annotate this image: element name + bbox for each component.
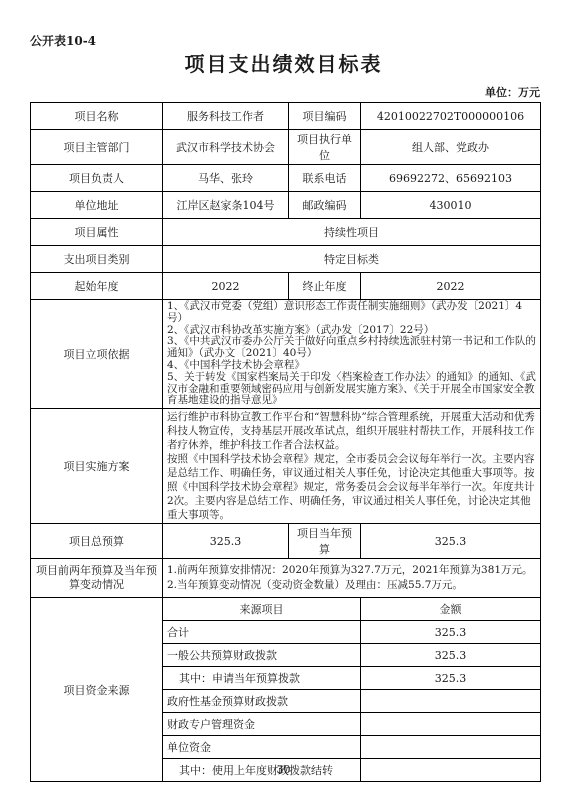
prev-budget-text: 1.前两年预算安排情况：2020年预算为327.7万元，2021年预算为381万… bbox=[163, 559, 541, 598]
table-row: 项目实施方案 运行维护市科协宣教工作平台和“智慧科协”综合管理系统，开展重大活动… bbox=[31, 409, 541, 524]
phone-label: 联系电话 bbox=[289, 165, 361, 192]
exec-unit-label: 项目执行单位 bbox=[289, 130, 361, 165]
table-row: 项目总预算 325.3 项目当年预算 325.3 bbox=[31, 524, 541, 559]
total-budget-value: 325.3 bbox=[163, 524, 289, 559]
project-name-value: 服务科技工作者 bbox=[163, 103, 289, 130]
project-code-label: 项目编码 bbox=[289, 103, 361, 130]
page-number: 30 bbox=[0, 763, 567, 776]
category-value: 特定目标类 bbox=[163, 246, 541, 273]
project-name-label: 项目名称 bbox=[31, 103, 163, 130]
address-label: 单位地址 bbox=[31, 192, 163, 219]
funding-amount-unit-fund bbox=[361, 736, 541, 759]
address-value: 江岸区赵家条104号 bbox=[163, 192, 289, 219]
document-page: 公开表10-4 项目支出绩效目标表 单位：万元 项目名称 服务科技工作者 项目编… bbox=[0, 0, 567, 799]
table-row: 项目负责人 马华、张玲 联系电话 69692272、65692103 bbox=[31, 165, 541, 192]
postcode-label: 邮政编码 bbox=[289, 192, 361, 219]
phone-value: 69692272、65692103 bbox=[361, 165, 541, 192]
exec-unit-value: 组人部、党政办 bbox=[361, 130, 541, 165]
attribute-value: 持续性项目 bbox=[163, 219, 541, 246]
funding-col-source: 来源项目 bbox=[163, 598, 361, 621]
table-row: 起始年度 2022 终止年度 2022 bbox=[31, 273, 541, 300]
attribute-label: 项目属性 bbox=[31, 219, 163, 246]
start-year-label: 起始年度 bbox=[31, 273, 163, 300]
funding-col-amount: 金额 bbox=[361, 598, 541, 621]
funding-amount-special-account bbox=[361, 713, 541, 736]
funding-item-total: 合计 bbox=[163, 621, 361, 644]
funding-amount-gov-fund bbox=[361, 690, 541, 713]
project-code-value: 42010022702T000000106 bbox=[361, 103, 541, 130]
leader-value: 马华、张玲 bbox=[163, 165, 289, 192]
funding-item-special-account: 财政专户管理资金 bbox=[163, 713, 361, 736]
year-budget-label: 项目当年预算 bbox=[289, 524, 361, 559]
table-row: 项目名称 服务科技工作者 项目编码 42010022702T000000106 bbox=[31, 103, 541, 130]
plan-text: 运行维护市科协宣教工作平台和“智慧科协”综合管理系统，开展重大活动和优秀科技人物… bbox=[163, 409, 541, 524]
end-year-label: 终止年度 bbox=[289, 273, 361, 300]
table-row: 单位地址 江岸区赵家条104号 邮政编码 430010 bbox=[31, 192, 541, 219]
funding-amount-general-budget: 325.3 bbox=[361, 644, 541, 667]
funding-item-current-year: 其中：申请当年预算拨款 bbox=[163, 667, 361, 690]
table-row: 项目属性 持续性项目 bbox=[31, 219, 541, 246]
total-budget-label: 项目总预算 bbox=[31, 524, 163, 559]
funding-amount-total: 325.3 bbox=[361, 621, 541, 644]
category-label: 支出项目类别 bbox=[31, 246, 163, 273]
basis-text: 1、《武汉市党委（党组）意识形态工作责任制实施细则》（武办发〔2021〕4号） … bbox=[163, 300, 541, 409]
performance-target-table: 项目名称 服务科技工作者 项目编码 42010022702T000000106 … bbox=[30, 102, 541, 782]
basis-label: 项目立项依据 bbox=[31, 300, 163, 409]
leader-label: 项目负责人 bbox=[31, 165, 163, 192]
page-title: 项目支出绩效目标表 bbox=[0, 48, 567, 77]
dept-value: 武汉市科学技术协会 bbox=[163, 130, 289, 165]
end-year-value: 2022 bbox=[361, 273, 541, 300]
prev-budget-label: 项目前两年预算及当年预算变动情况 bbox=[31, 559, 163, 598]
funding-header-row: 项目资金来源 来源项目 金额 bbox=[31, 598, 541, 621]
postcode-value: 430010 bbox=[361, 192, 541, 219]
funding-amount-current-year: 325.3 bbox=[361, 667, 541, 690]
funding-item-general-budget: 一般公共预算财政拨款 bbox=[163, 644, 361, 667]
plan-label: 项目实施方案 bbox=[31, 409, 163, 524]
unit-note: 单位：万元 bbox=[485, 84, 540, 100]
table-row: 项目主管部门 武汉市科学技术协会 项目执行单位 组人部、党政办 bbox=[31, 130, 541, 165]
start-year-value: 2022 bbox=[163, 273, 289, 300]
funding-label: 项目资金来源 bbox=[31, 598, 163, 782]
funding-item-unit-fund: 单位资金 bbox=[163, 736, 361, 759]
table-row: 支出项目类别 特定目标类 bbox=[31, 246, 541, 273]
funding-item-gov-fund: 政府性基金预算财政拨款 bbox=[163, 690, 361, 713]
year-budget-value: 325.3 bbox=[361, 524, 541, 559]
form-code: 公开表10-4 bbox=[30, 32, 96, 49]
table-row: 项目立项依据 1、《武汉市党委（党组）意识形态工作责任制实施细则》（武办发〔20… bbox=[31, 300, 541, 409]
dept-label: 项目主管部门 bbox=[31, 130, 163, 165]
table-row: 项目前两年预算及当年预算变动情况 1.前两年预算安排情况：2020年预算为327… bbox=[31, 559, 541, 598]
